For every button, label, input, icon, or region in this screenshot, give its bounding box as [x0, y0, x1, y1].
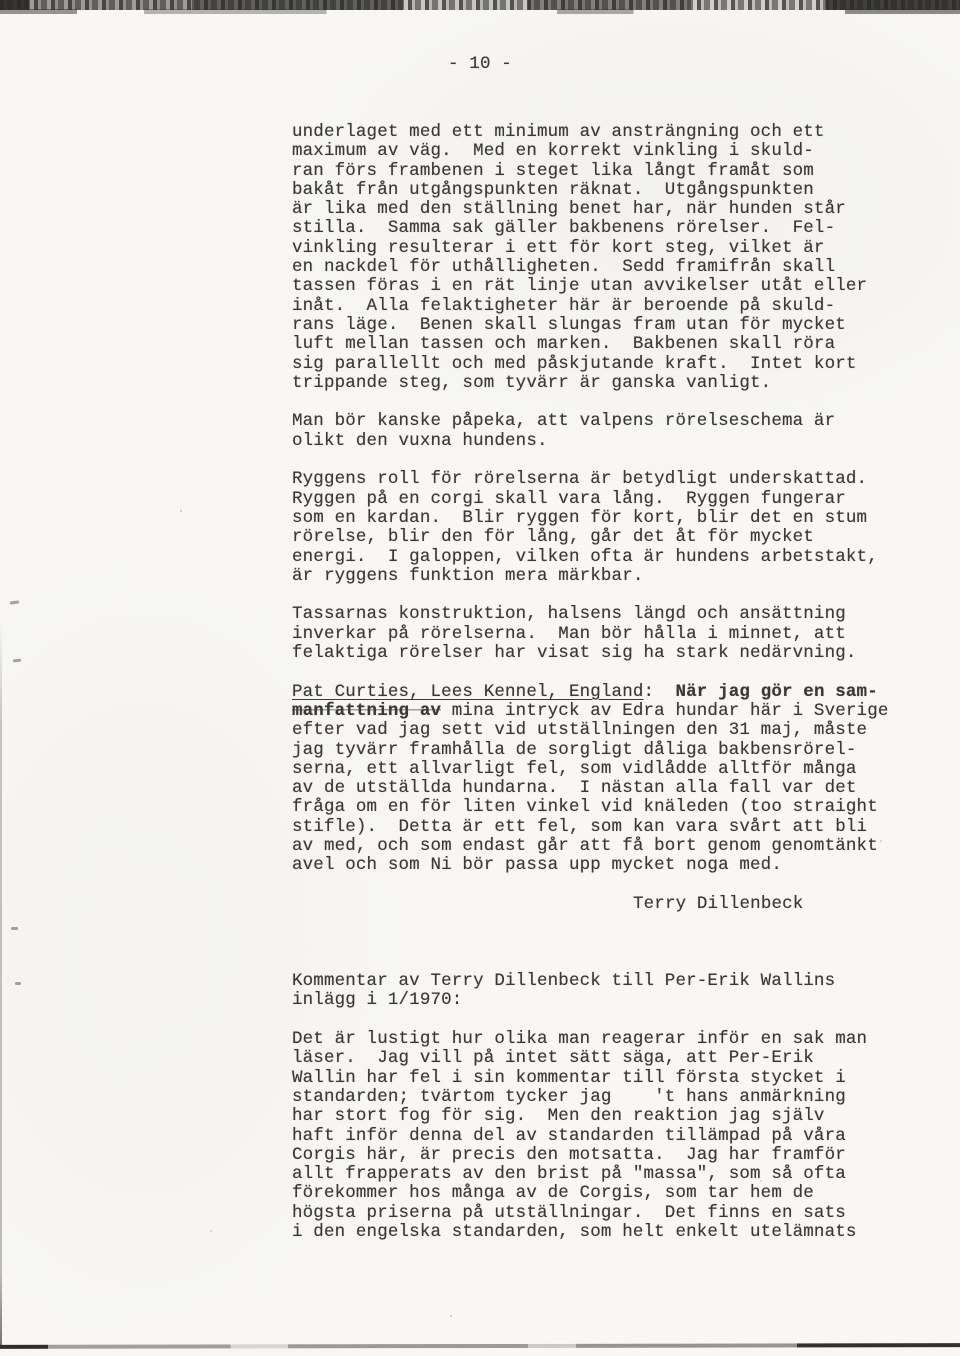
document-text: underlaget med ett minimum av ansträngni…	[292, 123, 889, 1262]
quote-author-underlined: Pat Curties, Lees Kennel, England	[292, 682, 644, 702]
page-number: - 10 -	[448, 55, 512, 74]
quote-author-colon: :	[644, 682, 655, 702]
paragraph-gait-intro: underlaget med ett minimum av ansträngni…	[292, 123, 889, 393]
paragraph-paws-neck: Tassarnas konstruktion, halsens längd oc…	[292, 605, 889, 663]
paragraph-dillenbeck-comment: Det är lustigt hur olika man reagerar in…	[292, 1030, 889, 1242]
margin-mark	[13, 659, 21, 663]
scanned-document-page: - 10 - underlaget med ett minimum av ans…	[0, 0, 960, 1356]
paragraph-pat-curties-quote: Pat Curties, Lees Kennel, England: När j…	[292, 683, 889, 876]
quote-body: mina intryck av Edra hundar här i Sverig…	[292, 701, 889, 875]
overtyped-word: manfattning av	[292, 701, 441, 721]
signature-terry-dillenbeck: Terry Dillenbeck	[292, 895, 889, 914]
margin-mark	[10, 600, 19, 604]
quote-bold-start: När jag gör en sam-	[654, 682, 878, 702]
paragraph-back-role: Ryggens roll för rörelserna är betydligt…	[292, 470, 889, 586]
section-heading-kommentar: Kommentar av Terry Dillenbeck till Per-E…	[292, 972, 889, 1011]
margin-mark	[11, 927, 18, 930]
paper-specks	[120, 200, 122, 202]
scan-edge-left	[0, 620, 2, 1346]
margin-mark	[15, 982, 21, 985]
scan-edge-artifact-top-secondary	[0, 9, 960, 14]
paragraph-puppy-gait-note: Man bör kanske påpeka, att valpens rörel…	[292, 412, 889, 451]
scan-line-bottom	[0, 1343, 960, 1349]
